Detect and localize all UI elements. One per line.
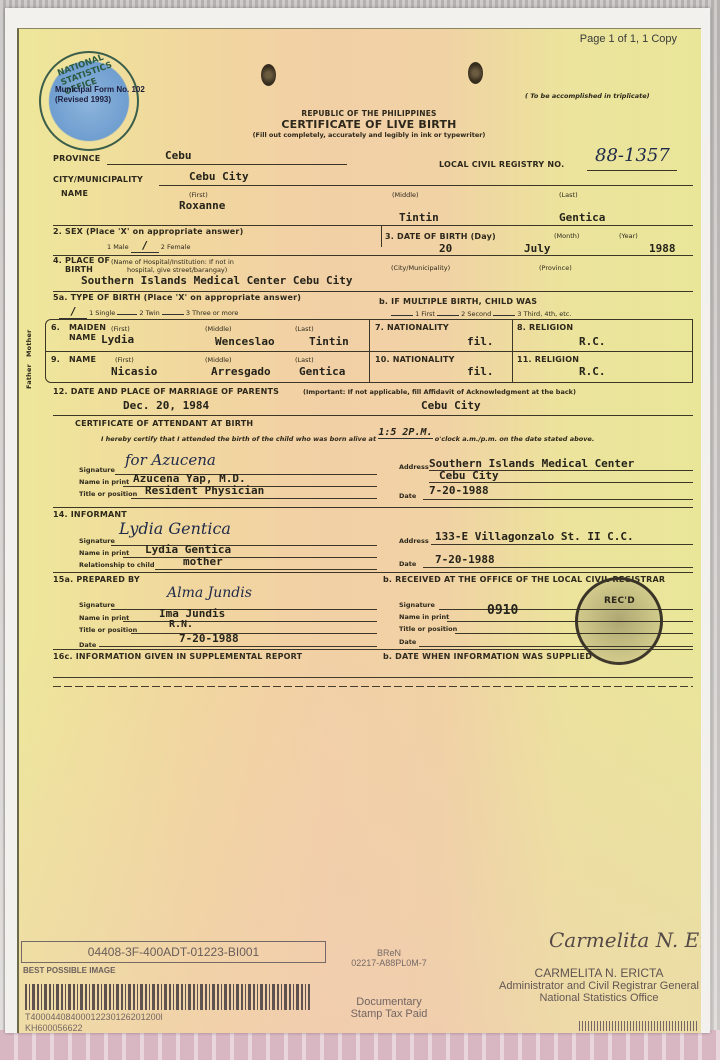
informant-relationship-label: Relationship to child [79, 561, 155, 569]
dob-day: 20 [439, 242, 452, 255]
prepared-title: R.N. [169, 619, 193, 630]
prepared-date: 7-20-1988 [179, 632, 239, 645]
attendant-date: 7-20-1988 [429, 484, 489, 497]
sex-male-option[interactable]: 1 Male / 2 Female [107, 239, 190, 253]
informant-address: 133-E Villagonzalo St. II C.C. [435, 530, 634, 543]
received-signature-label: Signature [399, 601, 435, 609]
dob-month-label: (Month) [554, 232, 579, 240]
republic-label: REPUBLIC OF THE PHILIPPINES [249, 109, 489, 118]
last-label: (Last) [559, 191, 578, 199]
father-first-label: (First) [115, 356, 134, 364]
kh-number: KH600056622 [25, 1023, 83, 1033]
marriage-date: Dec. 20, 1984 [123, 399, 209, 412]
registrar-signature: Carmelita N. Ericta [549, 928, 701, 952]
bren-value: 02217-A88PL0M-7 [339, 958, 439, 968]
birth-time: 1:5 2P.M. [378, 427, 432, 439]
mother-religion-label: 8. RELIGION [517, 323, 573, 332]
table-cloth [0, 1030, 720, 1060]
form-number-line2: (Revised 1993) [55, 95, 145, 105]
certify-text: I hereby certify that I attended the bir… [101, 435, 376, 443]
father-nationality-label: 10. NATIONALITY [375, 355, 455, 364]
attendant-label: CERTIFICATE OF ATTENDANT AT BIRTH [75, 419, 253, 428]
stamp-tax-line1: Documentary [339, 996, 439, 1008]
thumbprint-icon [468, 62, 483, 84]
dob-label: 3. DATE OF BIRTH (Day) [385, 232, 496, 241]
best-image-label: BEST POSSIBLE IMAGE [23, 966, 115, 975]
pob-city-label: (City/Municipality) [391, 264, 450, 272]
prepared-name-label: Name in print [79, 614, 129, 622]
registry-no-label: LOCAL CIVIL REGISTRY NO. [439, 160, 564, 169]
certificate-paper: Page 1 of 1, 1 Copy NATIONAL STATISTICS … [5, 8, 710, 1033]
form-number: Municipal Form No. 102 (Revised 1993) [55, 85, 145, 105]
registry-no-value: 88-1357 [595, 145, 670, 166]
registrar-title: Administrator and Civil Registrar Genera… [489, 980, 701, 992]
child-last-name: Gentica [559, 211, 605, 224]
prepared-date-label: Date [79, 641, 96, 649]
supplemental-date-label: b. DATE WHEN INFORMATION WAS SUPPLIED [383, 652, 592, 661]
supplemental-label: 16c. INFORMATION GIVEN IN SUPPLEMENTAL R… [53, 652, 302, 661]
mother-middle-name: Wenceslao [215, 335, 275, 348]
multiple-third: 3 Third, 4th, etc. [517, 310, 571, 318]
dob-month: July [524, 242, 551, 255]
first-label: (First) [189, 191, 208, 199]
name-label: NAME [61, 189, 88, 198]
type-single: 1 Single [89, 309, 115, 317]
registrar-office: National Statistics Office [489, 992, 701, 1004]
dob-year-label: (Year) [619, 232, 638, 240]
mini-barcode-icon [579, 1021, 699, 1031]
multiple-birth-label: b. IF MULTIPLE BIRTH, CHILD WAS [379, 297, 537, 306]
informant-date-label: Date [399, 560, 416, 568]
sex-male-label: 1 Male [107, 243, 129, 251]
mother-label: MAIDEN [69, 323, 106, 332]
pob-label: 4. PLACE OF [53, 256, 110, 265]
registrar-block: CARMELITA N. ERICTA Administrator and Ci… [489, 966, 701, 1004]
father-num: 9. [51, 355, 60, 364]
attendant-certify: I hereby certify that I attended the bir… [101, 433, 594, 445]
sex-female-label: 2 Female [161, 243, 191, 251]
sex-label: 2. SEX (Place 'X' on appropriate answer) [53, 227, 243, 236]
informant-signature: Lydia Gentica [119, 519, 231, 538]
attendant-address-label: Address [399, 463, 429, 471]
received-date-label: Date [399, 638, 416, 646]
type-of-birth-options[interactable]: / 1 Single 2 Twin 3 Three or more [59, 305, 238, 319]
attendant-name-label: Name in print [79, 478, 129, 486]
pob-hint: (Name of Hospital/Institution: If not in [111, 258, 234, 266]
mother-nationality-label: 7. NATIONALITY [375, 323, 449, 332]
father-middle-label: (Middle) [205, 356, 232, 364]
informant-address-label: Address [399, 537, 429, 545]
place-of-birth: Southern Islands Medical Center Cebu Cit… [81, 274, 353, 287]
informant-name-label: Name in print [79, 549, 129, 557]
mother-side-label: Mother [25, 330, 33, 357]
father-last-name: Gentica [299, 365, 345, 378]
sex-mark: / [131, 239, 159, 253]
attendant-date-label: Date [399, 492, 416, 500]
mother-last-name: Tintin [309, 335, 349, 348]
type-twin: 2 Twin [139, 309, 159, 317]
thumbprint-icon [261, 64, 276, 86]
certificate-heading: REPUBLIC OF THE PHILIPPINES CERTIFICATE … [249, 109, 489, 139]
nso-seal-icon: NATIONAL STATISTICS OFFICE Municipal For… [39, 51, 139, 151]
mother-num: 6. [51, 323, 60, 332]
document-code: 04408-3F-400ADT-01223-BI001 [21, 941, 326, 963]
province-value: Cebu [165, 149, 192, 162]
pob-hint2: hospital, give street/barangay) [127, 266, 227, 274]
certificate-title: CERTIFICATE OF LIVE BIRTH [249, 118, 489, 131]
father-religion-label: 11. RELIGION [517, 355, 579, 364]
bren-block: BReN 02217-A88PL0M-7 [339, 948, 439, 968]
registrar-name: CARMELITA N. ERICTA [489, 966, 701, 980]
attendant-title-label: Title or position [79, 490, 137, 498]
father-label: NAME [69, 355, 96, 364]
city-label: CITY/MUNICIPALITY [53, 175, 143, 184]
marriage-place: Cebu City [421, 399, 481, 412]
mother-first-label: (First) [111, 325, 130, 333]
form-number-line1: Municipal Form No. 102 [55, 85, 145, 95]
pob-label2: BIRTH [65, 265, 93, 274]
page-info: Page 1 of 1, 1 Copy [580, 33, 677, 45]
mother-last-label: (Last) [295, 325, 314, 333]
mother-first-name: Lydia [101, 333, 134, 346]
barcode-number: T40004408400012230126201200l [25, 1012, 163, 1022]
type-three: 3 Three or more [186, 309, 238, 317]
informant-signature-label: Signature [79, 537, 115, 545]
type-of-birth-label: 5a. TYPE OF BIRTH (Place 'X' on appropri… [53, 293, 301, 302]
certify-text2: o'clock a.m./p.m. on the date stated abo… [435, 435, 595, 443]
informant-date: 7-20-1988 [435, 553, 495, 566]
triplicate-note: ( To be accomplished in triplicate) [525, 92, 650, 100]
barcode-icon [25, 984, 310, 1010]
instruction: (Fill out completely, accurately and leg… [249, 131, 489, 139]
mother-middle-label: (Middle) [205, 325, 232, 333]
attendant-title: Resident Physician [145, 484, 264, 497]
marriage-label: 12. DATE AND PLACE OF MARRIAGE OF PARENT… [53, 387, 279, 396]
certification-footer: 04408-3F-400ADT-01223-BI001 BEST POSSIBL… [19, 924, 701, 1033]
prepared-label: 15a. PREPARED BY [53, 575, 140, 584]
father-first-name: Nicasio [111, 365, 157, 378]
stamp-tax-line2: Stamp Tax Paid [339, 1008, 439, 1020]
prepared-title-label: Title or position [79, 626, 137, 634]
mother-religion: R.C. [579, 335, 606, 348]
father-nationality: fil. [467, 365, 494, 378]
attendant-signature-label: Signature [79, 466, 115, 474]
child-first-name: Roxanne [179, 199, 225, 212]
multiple-second: 2 Second [461, 310, 491, 318]
informant-label: 14. INFORMANT [53, 510, 127, 519]
father-last-label: (Last) [295, 356, 314, 364]
attendant-signature: for Azucena [125, 451, 216, 469]
child-middle-name: Tintin [399, 211, 439, 224]
father-religion: R.C. [579, 365, 606, 378]
informant-relationship: mother [183, 555, 223, 568]
father-middle-name: Arresgado [211, 365, 271, 378]
mother-label2: NAME [69, 333, 96, 342]
multiple-first: 1 First [415, 310, 435, 318]
marriage-note: (Important: If not applicable, fill Affi… [303, 388, 576, 396]
mother-nationality: fil. [467, 335, 494, 348]
birth-certificate-form: Page 1 of 1, 1 Copy NATIONAL STATISTICS … [17, 28, 701, 1033]
type-mark: / [59, 305, 87, 319]
middle-label: (Middle) [392, 191, 419, 199]
prepared-signature-label: Signature [79, 601, 115, 609]
father-side-label: Father [25, 364, 33, 389]
stamp-tax-block: Documentary Stamp Tax Paid [339, 996, 439, 1020]
multiple-birth-options[interactable]: 1 First 2 Second 3 Third, 4th, etc. [391, 310, 571, 318]
received-title-label: Title or position [399, 625, 457, 633]
stamp-text: REC'D [604, 596, 635, 606]
bren-label: BReN [339, 948, 439, 958]
prepared-signature: Alma Jundis [167, 585, 252, 601]
received-name-label: Name in print [399, 613, 449, 621]
city-value: Cebu City [189, 170, 249, 183]
province-label: PROVINCE [53, 154, 100, 163]
pob-province-label: (Province) [539, 264, 572, 272]
dob-year: 1988 [649, 242, 676, 255]
received-name: 0910 [487, 603, 518, 618]
